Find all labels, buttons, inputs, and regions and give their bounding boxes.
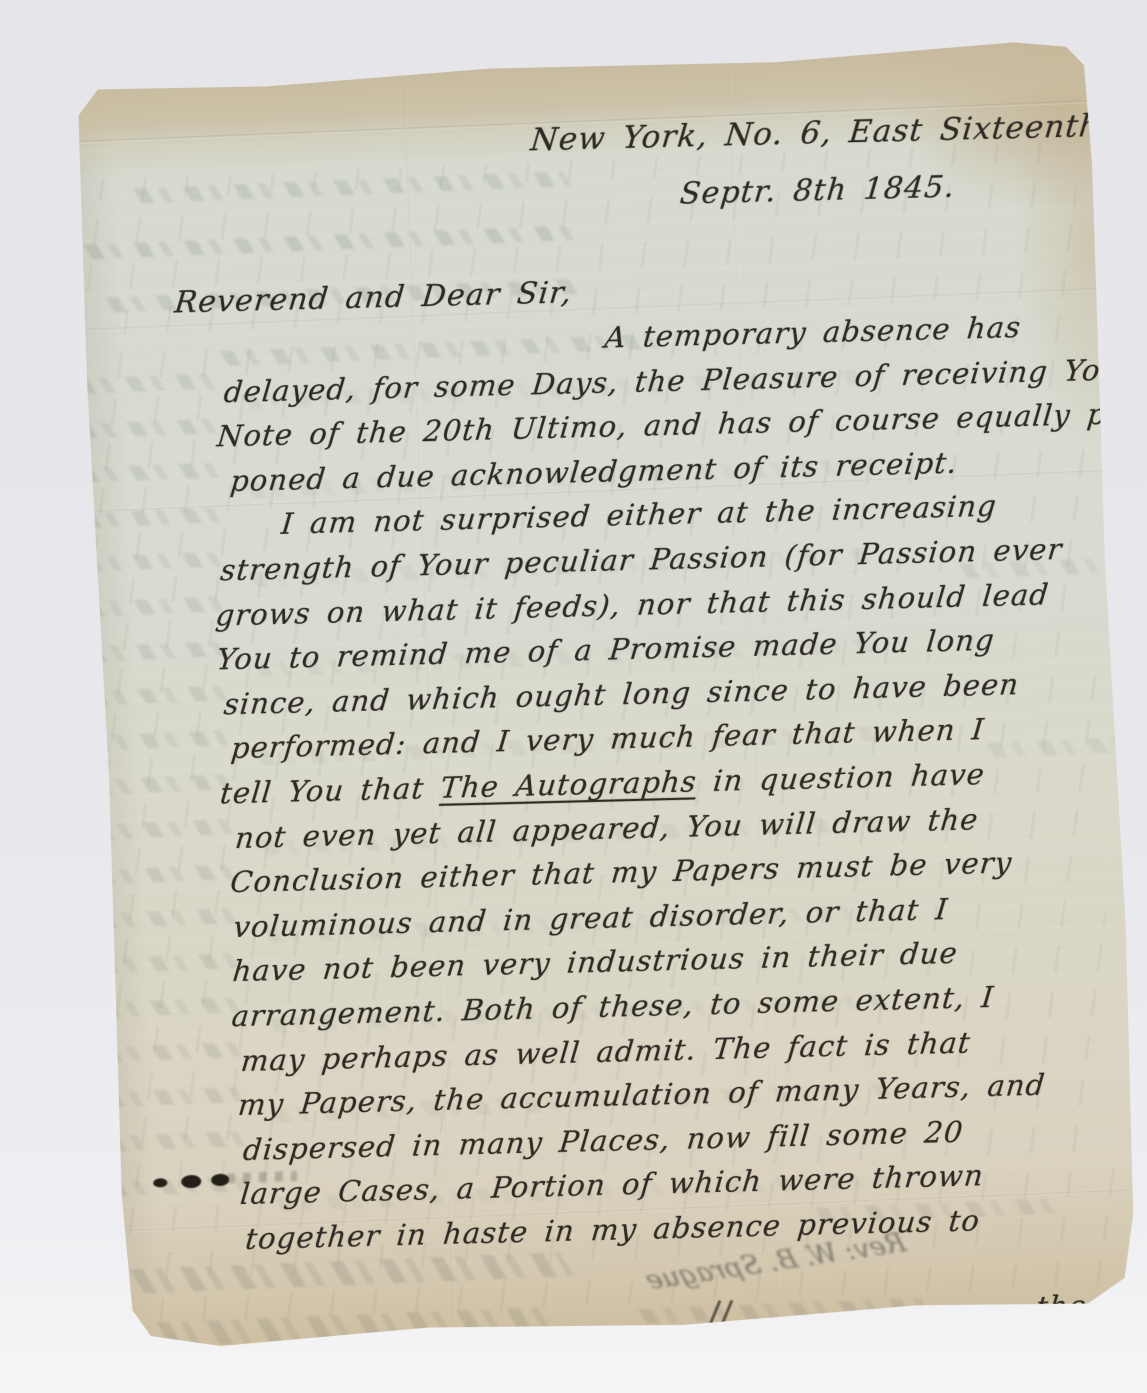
letter-body: A temporary absence hasdelayed, for some… (81, 308, 1122, 1270)
letter-catchword: the (1035, 1289, 1089, 1324)
letter-salutation: Reverend and Dear Sir, (173, 275, 574, 320)
showthrough-pen-strokes (706, 1297, 748, 1360)
letter-paper: New York, No. 6, East Sixteenth Street S… (73, 38, 1141, 1350)
letter-heading-date: Septr. 8th 1845. (678, 170, 956, 212)
letter-heading-address: New York, No. 6, East Sixteenth Street (529, 105, 1147, 159)
underlined-phrase: The Autographs (439, 764, 699, 805)
photo-backdrop: { "photo": { "description": "Photograph … (0, 0, 1147, 1393)
letter-content: New York, No. 6, East Sixteenth Street S… (75, 50, 1125, 1347)
